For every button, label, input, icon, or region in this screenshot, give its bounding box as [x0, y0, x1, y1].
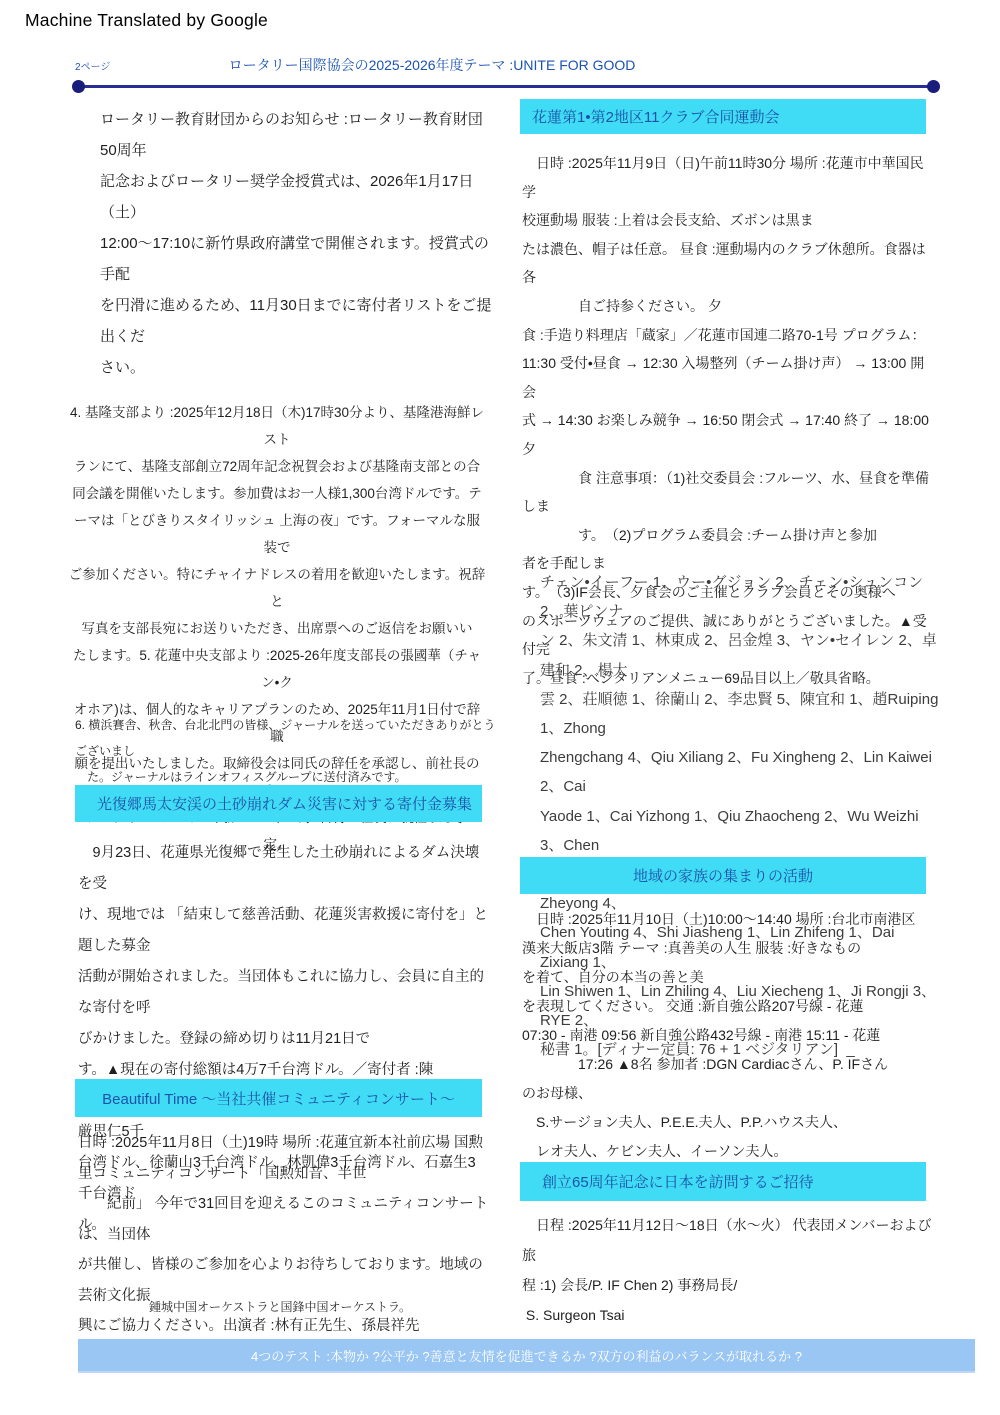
concert-paragraph: 日時 :2025年11月8日（土)19時 場所 :花蓮宜新本社前広場 国勲 里コ… — [78, 1128, 492, 1372]
rule-dot-left-icon — [72, 80, 85, 93]
page-title: ロータリー国際協会の2025-2026年度テーマ :UNITE FOR GOOD — [132, 55, 732, 75]
section-header-sports-day-label: 花蓮第1•第2地区11クラブ合同運動会 — [532, 106, 780, 127]
four-way-test-label: 4つのテスト :本物か ?公平か ?善意と友情を促進できるか ?双方の利益のバラ… — [251, 1346, 802, 1365]
section-header-family-gathering: 地域の家族の集まりの活動 — [520, 857, 926, 894]
section-header-japan-visit-label: 創立65周年記念に日本を訪問するご招待 — [542, 1171, 814, 1192]
section-header-donation-label: 光復郷馬太安渓の土砂崩れダム災害に対する寄付金募集 — [97, 793, 472, 814]
machine-translated-banner: Machine Translated by Google — [25, 10, 268, 31]
japan-visit-paragraph: 日程 :2025年11月12日～18日（水～火） 代表団メンバーおよび旅 程 :… — [522, 1210, 936, 1330]
family-gathering-paragraph: 日時 :2025年11月10日（土)10:00～14:40 場所 :台北市南港区… — [522, 905, 936, 1166]
newsletter-page: Machine Translated by Google 2ページ ロータリー国… — [0, 0, 1000, 1415]
four-way-test-banner: 4つのテスト :本物か ?公平か ?善意と友情を促進できるか ?双方の利益のバラ… — [78, 1339, 975, 1373]
section-header-donation: 光復郷馬太安渓の土砂崩れダム災害に対する寄付金募集 — [75, 785, 482, 822]
rule-dot-right-icon — [927, 80, 940, 93]
section-header-japan-visit: 創立65周年記念に日本を訪問するご招待 — [520, 1162, 926, 1201]
section-header-family-gathering-label: 地域の家族の集まりの活動 — [633, 865, 813, 886]
foundation-notice-paragraph: ロータリー教育財団からのお知らせ :ロータリー教育財団50周年 記念およびロータ… — [100, 104, 492, 383]
header-rule — [80, 85, 933, 88]
section-header-concert: Beautiful Time ～当社共催コミュニティコンサート～ — [75, 1079, 482, 1117]
section-header-sports-day: 花蓮第1•第2地区11クラブ合同運動会 — [520, 99, 926, 134]
section-header-concert-label: Beautiful Time ～当社共催コミュニティコンサート～ — [102, 1088, 455, 1109]
page-number: 2ページ — [75, 58, 110, 73]
concert-footnote: 鍾城中国オーケストラと国鋒中国オーケストラ。 — [75, 1298, 485, 1315]
item-6-paragraph: 6. 横浜賽舎、秋舎、台北北門の皆様、ジャーナルを送っていただきありがとうござい… — [75, 712, 499, 790]
